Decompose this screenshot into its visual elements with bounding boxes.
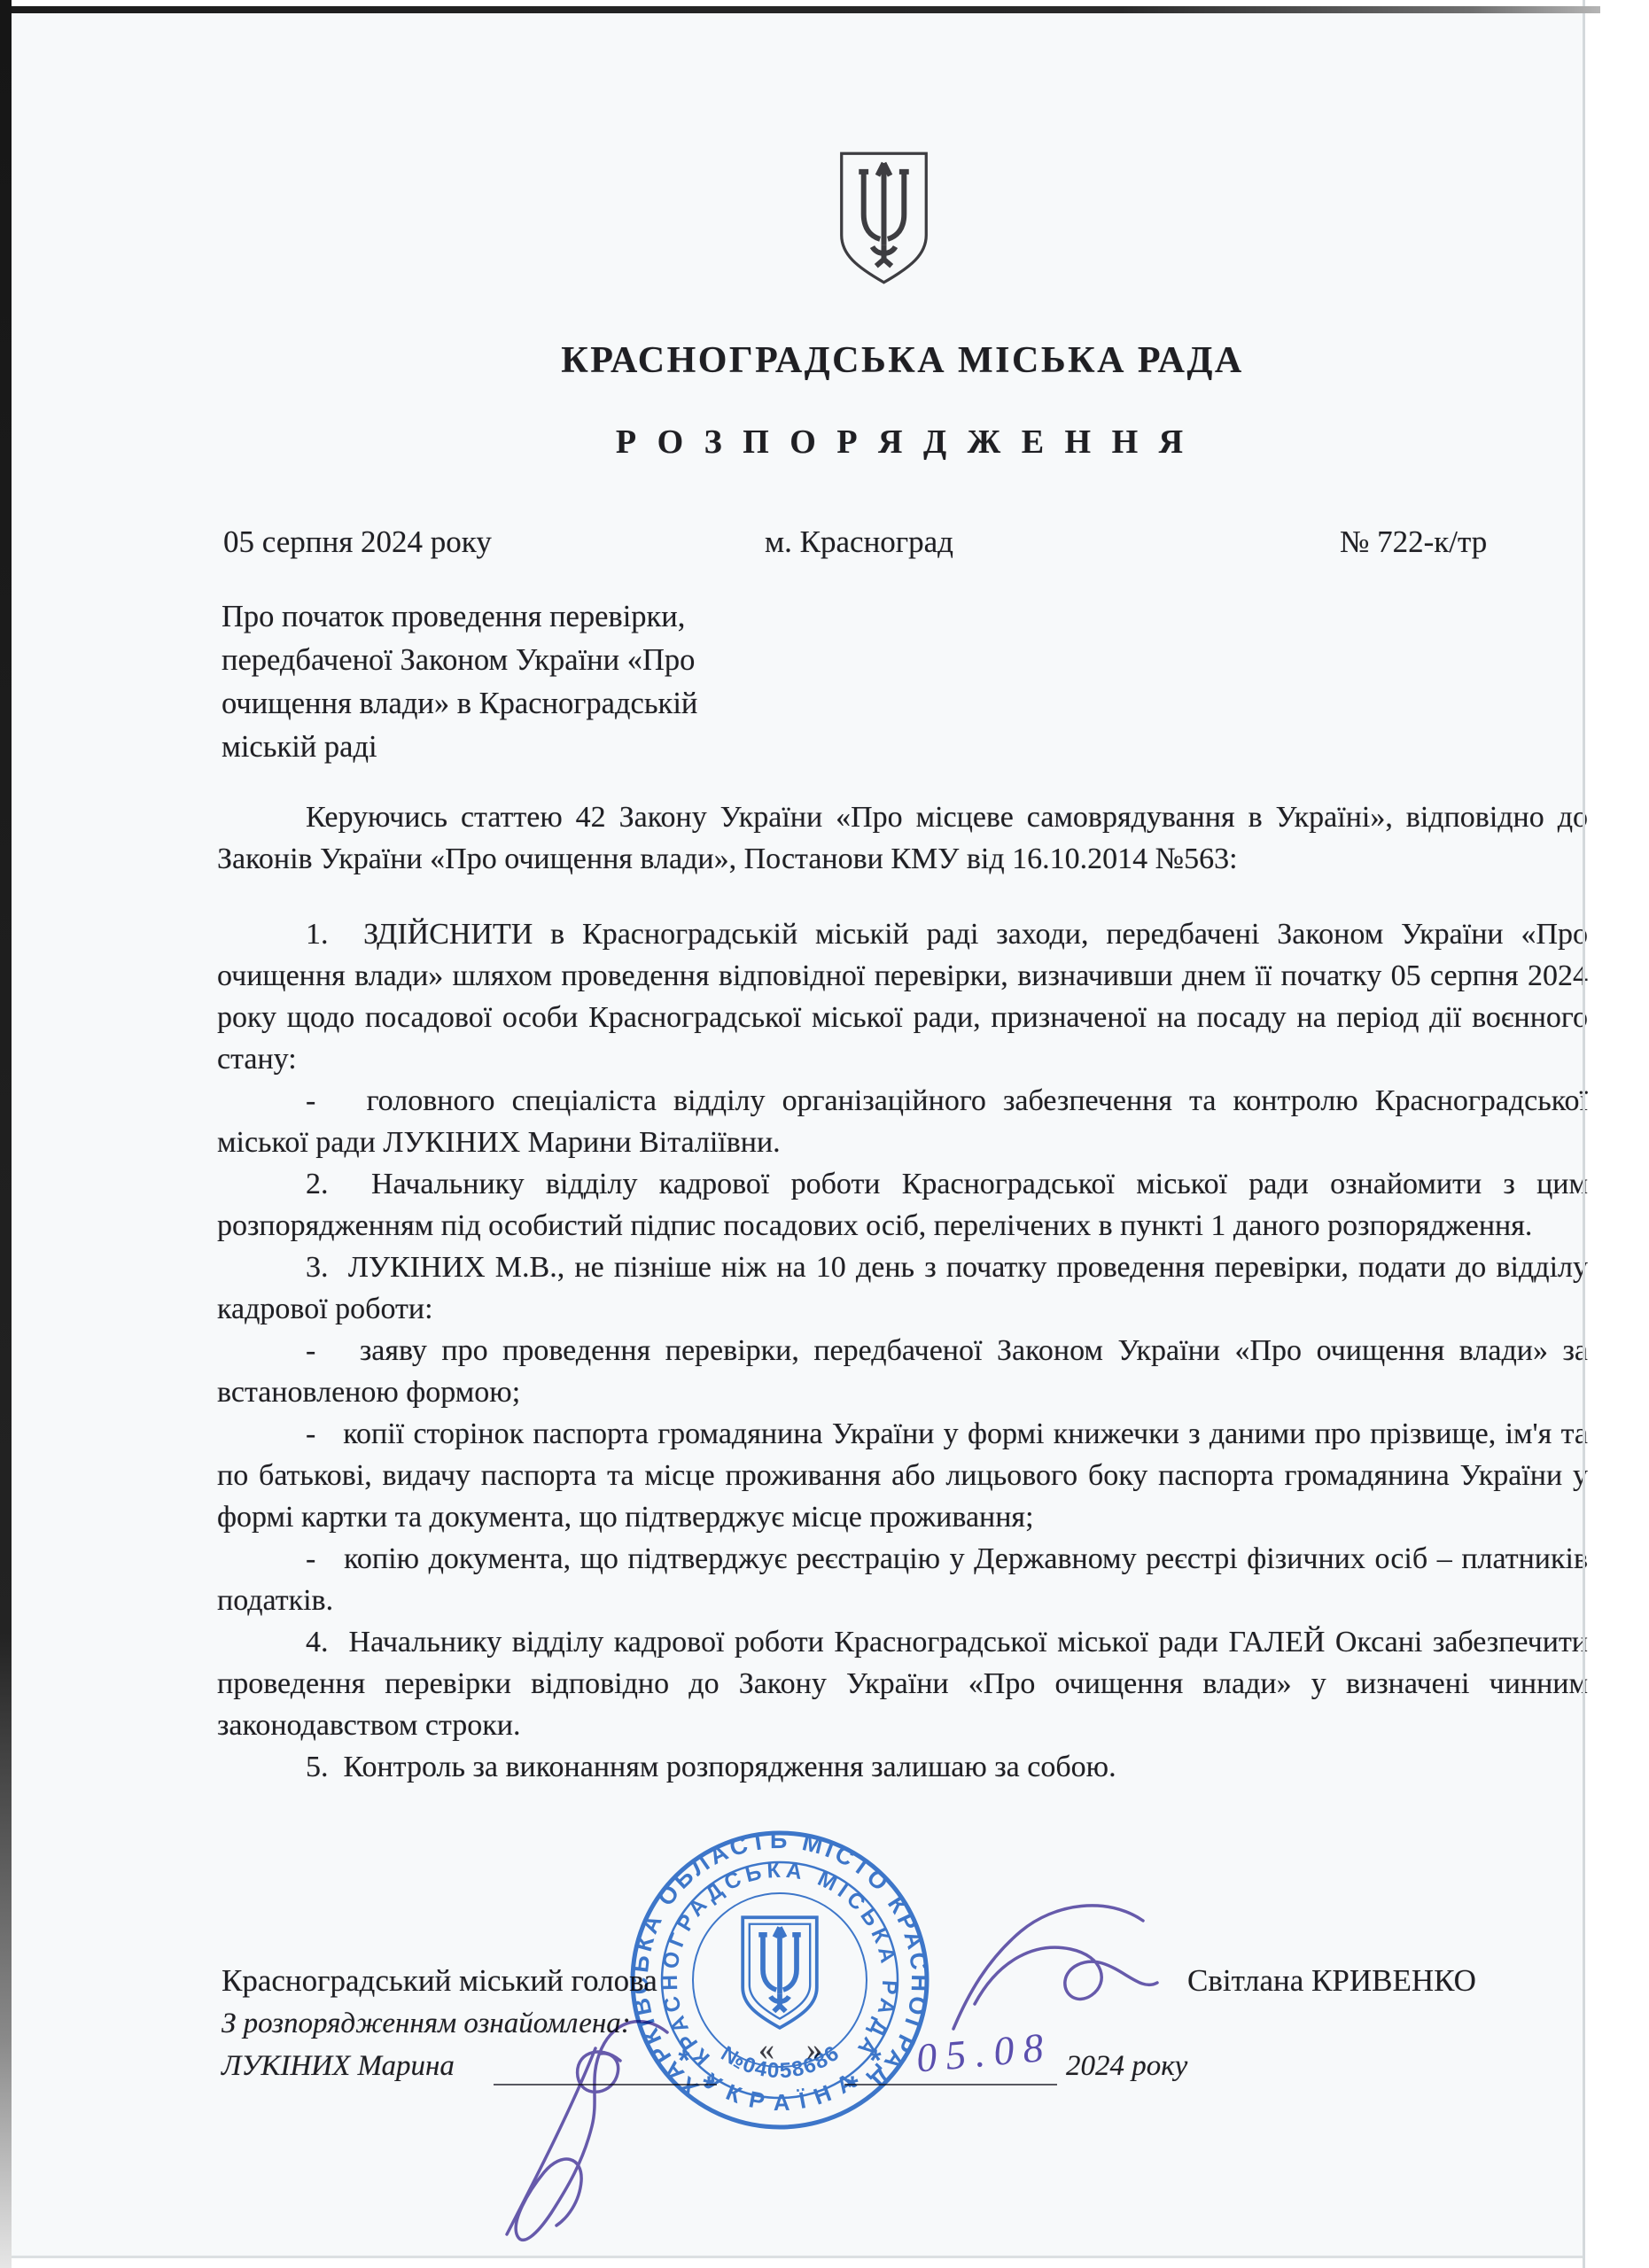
scan-edge-top	[0, 6, 1600, 13]
item-1-subitem: - головного спеціаліста відділу організа…	[217, 1080, 1588, 1163]
signatory-name: Світлана КРИВЕНКО	[1187, 1963, 1476, 1999]
document-subject: Про початок проведення перевірки, передб…	[222, 595, 895, 769]
document-number: № 722-к/тр	[1340, 524, 1487, 560]
document-type-title: Р О З П О Р Я Д Ж Е Н Н Я	[217, 423, 1588, 462]
subject-line: очищення влади» в Красноградській	[222, 682, 895, 726]
item-3-subitem: - заяву про проведення перевірки, передб…	[217, 1330, 1588, 1413]
document-date: 05 серпня 2024 року	[223, 524, 492, 560]
paper-edge-bottom	[0, 2256, 1583, 2258]
item-5-paragraph: 5. Контроль за виконанням розпорядження …	[217, 1746, 1588, 1788]
subject-line: Про початок проведення перевірки,	[222, 595, 895, 639]
subject-line: міській раді	[222, 726, 895, 769]
mayor-signature	[953, 1906, 1157, 2029]
scanned-document-page: КРАСНОГРАДСЬКА МІСЬКА РАДА Р О З П О Р Я…	[0, 0, 1649, 2268]
acknowledger-signature	[507, 2022, 667, 2241]
coat-of-arms-tryzub-icon	[835, 151, 933, 285]
organization-name: КРАСНОГРАДСЬКА МІСЬКА РАДА	[217, 339, 1588, 382]
item-3-subitem: - копію документа, що підтверджує реєстр…	[217, 1538, 1588, 1621]
document-body: Керуючись статтею 42 Закону України «Про…	[217, 796, 1588, 1788]
paper-edge-right	[1583, 0, 1585, 2268]
item-3-paragraph: 3. ЛУКІНИХ М.В., не пізніше ніж на 10 де…	[217, 1247, 1588, 1330]
document-place: м. Красноград	[765, 524, 953, 560]
item-2-paragraph: 2. Начальнику відділу кадрової роботи Кр…	[217, 1163, 1588, 1247]
scan-edge-left	[0, 0, 12, 2268]
subject-line: передбаченої Законом України «Про	[222, 639, 895, 682]
handwritten-signatures	[478, 1878, 1187, 2268]
item-3-subitem: - копії сторінок паспорта громадянина Ук…	[217, 1413, 1588, 1538]
item-4-paragraph: 4. Начальнику відділу кадрової роботи Кр…	[217, 1621, 1588, 1746]
acknowledger-name: ЛУКІНИХ Марина	[222, 2050, 455, 2083]
preamble-paragraph: Керуючись статтею 42 Закону України «Про…	[217, 796, 1588, 880]
item-1-paragraph: 1. ЗДІЙСНИТИ в Красноградській міській р…	[217, 913, 1588, 1080]
